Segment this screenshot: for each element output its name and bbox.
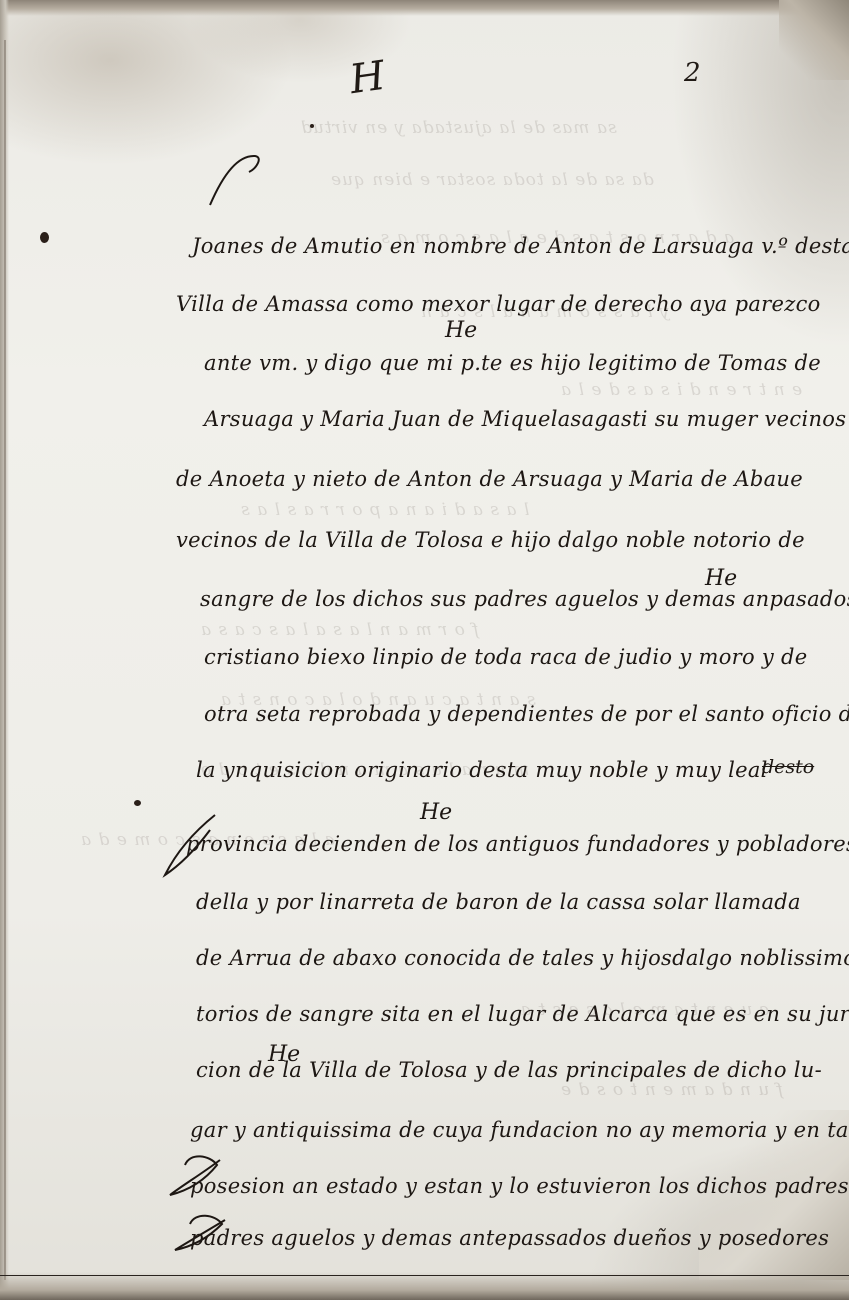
ink-blot: [134, 800, 141, 806]
initial-flourish-icon: [160, 810, 220, 880]
text-line-10: la ynquisicion originario desta muy nobl…: [196, 756, 768, 784]
text-line-6: vecinos de la Villa de Tolosa e hijo dal…: [176, 526, 805, 554]
heading-mark: H: [347, 53, 388, 103]
bleed-through-text: sa mas de la ajustada y en virtud: [300, 118, 617, 138]
text-line-18: padres aguelos y demas antepassados dueñ…: [190, 1224, 829, 1252]
folio-number: 2: [684, 58, 701, 88]
ink-blot: [40, 232, 49, 243]
text-line-11: provincia decienden de los antiguos fund…: [186, 830, 849, 858]
insertion-mark: He: [420, 800, 452, 825]
text-line-1: Joanes de Amutio en nombre de Anton de L…: [192, 232, 849, 260]
text-line-15: cion de la Villa de Tolosa y de las prin…: [196, 1056, 822, 1084]
text-line-7: sangre de los dichos sus padres aguelos …: [200, 585, 849, 613]
text-line-16: gar y antiquissima de cuya fundacion no …: [190, 1116, 849, 1144]
text-line-9: otra seta reprobada y dependientes de po…: [204, 700, 849, 728]
bottom-edge-line: [0, 1275, 849, 1276]
initial-flourish-icon: [170, 1210, 230, 1255]
bleed-through-text: l a s a d i a n a p o r r a s l a s: [240, 500, 529, 520]
bleed-through-text: da sa de la toda sostar e bien que: [330, 170, 654, 190]
left-margin-crease: [4, 40, 6, 1280]
text-line-13: de Arrua de abaxo conocida de tales y hi…: [196, 944, 849, 972]
text-line-17: posesion an estado y estan y lo estuvier…: [190, 1172, 849, 1200]
text-line-14: torios de sangre sita en el lugar de Alc…: [196, 1000, 849, 1028]
struck-word: desto: [762, 756, 814, 778]
bottom-edge: [0, 1272, 849, 1300]
insertion-mark: He: [445, 318, 477, 343]
torn-top-edge: [0, 0, 849, 16]
text-line-4: Arsuaga y Maria Juan de Miquelasagasti s…: [204, 405, 846, 433]
initial-flourish-icon: [165, 1150, 225, 1200]
manuscript-page: sa mas de la ajustada y en virtud da sa …: [0, 0, 849, 1300]
text-line-12: della y por linarreta de baron de la cas…: [196, 888, 801, 916]
top-right-worn-corner: [779, 0, 849, 80]
bleed-through-text: f o r m a n l a s a l a s c a s a: [200, 620, 479, 640]
ink-dot: [310, 124, 314, 128]
text-line-3: ante vm. y digo que mi p.te es hijo legi…: [204, 349, 821, 377]
opening-flourish-icon: [205, 150, 265, 210]
bleed-through-text: e n t r e n d i s a s d e l a: [560, 380, 802, 400]
text-line-5: de Anoeta y nieto de Anton de Arsuaga y …: [176, 465, 803, 493]
text-line-8: cristiano biexo linpio de toda raca de j…: [204, 643, 808, 671]
text-line-2: Villa de Amassa como mexor lugar de dere…: [176, 290, 821, 318]
